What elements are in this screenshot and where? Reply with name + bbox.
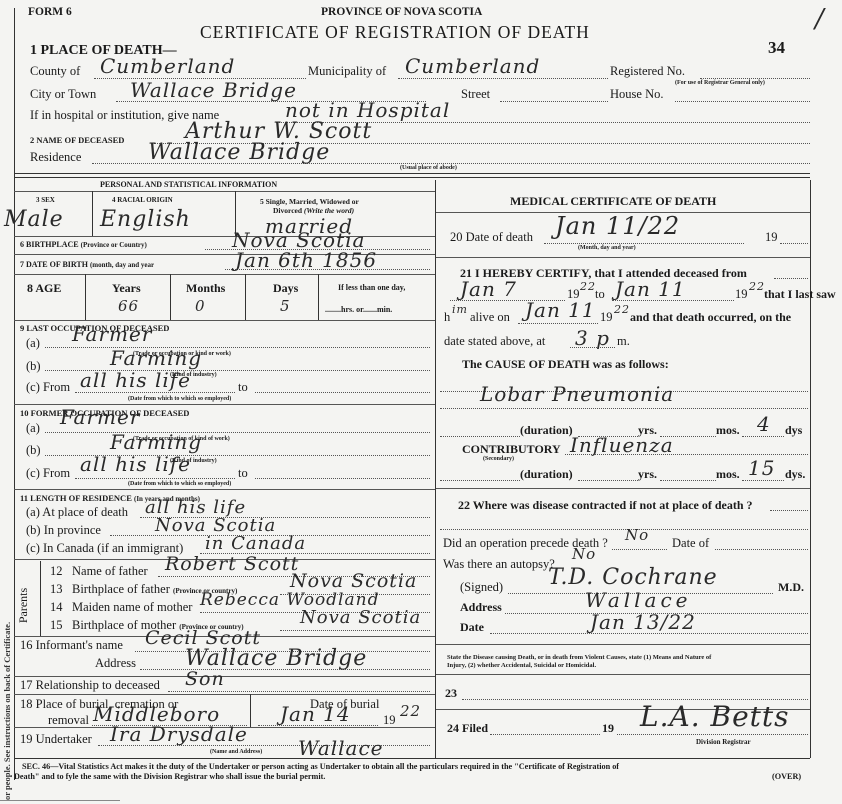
alive-on-label: alive on (470, 310, 510, 325)
city-value[interactable]: Wallace Bridge (130, 78, 297, 102)
father-label: Name of father (72, 564, 148, 579)
signed-value[interactable]: T.D. Cochrane (548, 565, 718, 590)
dob-note: (month, day and year (90, 261, 154, 269)
res-b-label: (b) In province (26, 523, 101, 538)
registrar-label: Division Registrar (696, 738, 751, 746)
last-occ-b-value[interactable]: Farming (110, 346, 202, 370)
sec46-text-line1: SEC. 46—Vital Statistics Act makes it th… (22, 762, 619, 771)
registered-no-label: Registered No. (610, 64, 685, 79)
last-occ-c-to: to (238, 380, 248, 395)
undertaker-note: (Name and Address) (210, 749, 262, 755)
parents-side-label: Parents (16, 588, 31, 623)
house-no-label: House No. (610, 87, 663, 102)
alive-date-value[interactable]: Jan 11 (525, 298, 596, 322)
contrib-duration-value[interactable]: 15 (748, 456, 775, 480)
cause-label: The CAUSE OF DEATH was as follows: (462, 357, 669, 372)
marital-label-line1: 5 Single, Married, Widowed or (260, 197, 359, 206)
last-occ-a-label: (a) (26, 336, 40, 351)
contrib-duration-label: (duration) (520, 467, 573, 482)
days-value[interactable]: 5 (280, 297, 291, 315)
burial-year-value[interactable]: 22 (400, 702, 421, 720)
former-occ-a-value[interactable]: Farmer (60, 405, 140, 429)
months-label: Months (186, 281, 225, 296)
filed-label: 24 Filed (447, 721, 488, 736)
min-label: min. (377, 305, 392, 314)
dob-label: 7 DATE OF BIRTH (20, 260, 88, 269)
father-bp-label: Birthplace of father (72, 582, 170, 596)
father-bp-value[interactable]: Nova Scotia (290, 570, 417, 592)
last-occ-c-note: (Date from which to which so employed) (128, 396, 231, 402)
relationship-value[interactable]: Son (185, 668, 225, 690)
informant-address-label: Address (95, 656, 136, 671)
mother-num: 14 (50, 600, 63, 615)
address-label: Address (460, 600, 502, 615)
contrib-yrs-label: yrs. (638, 467, 657, 482)
father-bp-num: 13 (50, 582, 63, 597)
registered-no-note: (For use of Registrar General only) (675, 80, 765, 86)
former-occ-c-note: (Date from which to which so employed) (128, 481, 231, 487)
contributory-value[interactable]: Influenza (570, 433, 674, 457)
former-occ-b-label: (b) (26, 443, 41, 458)
over-label: (OVER) (772, 772, 801, 781)
relationship-label: 17 Relationship to deceased (20, 678, 160, 693)
year2-prefix: 19 (735, 287, 748, 302)
sec46-text-line2: Death" and to fyle the same with the Div… (14, 772, 325, 781)
hrs-label: hrs. (341, 305, 354, 314)
to-label: to (595, 287, 605, 302)
years-value[interactable]: 66 (118, 297, 139, 315)
burial-date-value[interactable]: Jan 14 (280, 702, 351, 726)
page-number: 34 (768, 38, 785, 58)
county-value[interactable]: Cumberland (100, 54, 235, 78)
disease-note-line2: Injury, (2) whether Accidental, Suicidal… (447, 662, 596, 669)
father-num: 12 (50, 564, 63, 579)
former-occ-c-value[interactable]: all his life (80, 452, 191, 476)
cause-value[interactable]: Lobar Pneumonia (480, 382, 674, 406)
autopsy-label: Was there an autopsy? (443, 557, 555, 572)
birthplace-note: (Province or Country) (81, 241, 147, 249)
mother-bp-value[interactable]: Nova Scotia (300, 607, 421, 628)
residence-note: (Usual place of abode) (400, 165, 457, 171)
contracted-label: 22 Where was disease contracted if not a… (458, 498, 753, 513)
undertaker-address[interactable]: Wallace (298, 736, 384, 760)
contributory-label: CONTRIBUTORY (462, 442, 561, 457)
burial-place-label-2: removal (48, 713, 89, 728)
attended-from-value[interactable]: Jan 7 (460, 277, 517, 301)
date-stated-label: date stated above, at (444, 334, 545, 349)
contrib-mos-label: mos. (716, 467, 740, 482)
signed-label: (Signed) (460, 580, 503, 595)
year3-prefix: 19 (600, 310, 613, 325)
autopsy-value[interactable]: No (572, 545, 596, 563)
street-label: Street (461, 87, 490, 102)
personal-section-title: PERSONAL AND STATISTICAL INFORMATION (100, 180, 277, 189)
md-label: M.D. (778, 580, 804, 595)
deceased-name-label: 2 NAME OF DECEASED (30, 135, 124, 145)
medical-title: MEDICAL CERTIFICATE OF DEATH (510, 194, 716, 209)
former-occ-c-label: (c) From (26, 466, 70, 481)
mother-bp-num: 15 (50, 618, 63, 633)
contrib-dys-label: dys. (785, 467, 805, 482)
days-label: Days (273, 281, 298, 296)
res-a-label: (a) At place of death (26, 505, 128, 520)
check-mark-icon: / (815, 4, 825, 34)
former-occ-b-value[interactable]: Farming (110, 430, 202, 454)
burial-year-prefix: 19 (383, 713, 396, 728)
header-divider (14, 173, 810, 178)
form-number: FORM 6 (28, 6, 72, 18)
res-c-label: (c) In Canada (if an immigrant) (26, 541, 183, 556)
age-label: 8 AGE (27, 281, 61, 296)
duration-label: (duration) (520, 423, 573, 438)
date-of-death-note: (Month, day and year) (578, 245, 636, 251)
date-of-label: Date of (672, 536, 709, 551)
date-of-death-19: 19 (765, 230, 778, 245)
year1-value[interactable]: 22 (580, 280, 596, 293)
county-label: County of (30, 64, 80, 79)
death-occurred-label: and that death occurred, on the (630, 310, 791, 325)
undertaker-label: 19 Undertaker (20, 732, 92, 747)
years-label: Years (112, 281, 141, 296)
date-of-death-value[interactable]: Jan 11/22 (555, 212, 680, 240)
last-saw-label: that I last saw (764, 287, 836, 302)
former-occ-a-label: (a) (26, 421, 40, 436)
or-label: or (356, 305, 363, 314)
center-divider (435, 180, 436, 758)
operation-value[interactable]: No (625, 526, 649, 544)
cause-duration-value[interactable]: 4 (757, 412, 771, 436)
months-value[interactable]: 0 (195, 297, 206, 315)
res-c-value[interactable]: in Canada (205, 533, 306, 554)
dys-label: dys (785, 423, 802, 438)
informant-label: 16 Informant's name (20, 638, 123, 653)
undertaker-value[interactable]: Ira Drysdale (110, 722, 248, 746)
time-value[interactable]: 3 p (575, 326, 610, 350)
mos-label: mos. (716, 423, 740, 438)
side-margin-instructions: or people. See instructions on back of C… (2, 622, 12, 800)
year3-value[interactable]: 22 (614, 303, 630, 316)
address-value[interactable]: Wallace (585, 588, 692, 612)
birthplace-label: 6 BIRTHPLACE (20, 240, 79, 249)
m-label: m. (617, 334, 630, 349)
sex-label: 3 SEX (36, 196, 55, 204)
province-heading: PROVINCE OF NOVA SCOTIA (321, 6, 482, 18)
municipality-value[interactable]: Cumberland (405, 54, 540, 78)
certificate-title: CERTIFICATE OF REGISTRATION OF DEATH (200, 22, 590, 43)
disease-note-line1: State the Disease causing Death, or in d… (447, 654, 711, 661)
date-of-death-label: 20 Date of death (450, 230, 533, 245)
last-occ-c-label: (c) From (26, 380, 70, 395)
former-occ-c-to: to (238, 466, 248, 481)
him-value[interactable]: im (452, 303, 468, 316)
racial-origin-label: 4 RACIAL ORIGIN (112, 196, 173, 204)
contributory-note: (Secondary) (483, 456, 514, 462)
father-value[interactable]: Robert Scott (165, 553, 299, 575)
last-occ-b-label: (b) (26, 359, 41, 374)
mother-label: Maiden name of mother (72, 600, 192, 615)
item23-label: 23 (445, 686, 457, 701)
city-label: City or Town (30, 87, 96, 102)
attended-to-value[interactable]: Jan 11 (615, 277, 686, 301)
filed-19: 19 (602, 721, 614, 736)
residence-length-label: 11 LENGTH OF RESIDENCE (20, 493, 132, 503)
right-border (810, 180, 811, 758)
residence-value[interactable]: Wallace Bridge (148, 140, 330, 165)
racial-origin-value[interactable]: English (100, 207, 191, 232)
last-occ-a-value[interactable]: Farmer (72, 322, 152, 346)
date-value[interactable]: Jan 13/22 (590, 610, 696, 634)
sex-value[interactable]: Male (4, 207, 64, 232)
h-prefix: h (444, 310, 450, 325)
year2-value[interactable]: 22 (749, 280, 765, 293)
dob-value[interactable]: Jan 6th 1856 (235, 248, 377, 272)
residence-label: Residence (30, 150, 81, 165)
less-than-day-label: If less than one day, (338, 283, 405, 292)
municipality-label: Municipality of (308, 64, 386, 79)
date-label: Date (460, 620, 484, 635)
last-occ-c-value[interactable]: all his life (80, 368, 191, 392)
left-margin-rule (14, 8, 15, 780)
registrar-signature[interactable]: L.A. Betts (640, 700, 790, 733)
